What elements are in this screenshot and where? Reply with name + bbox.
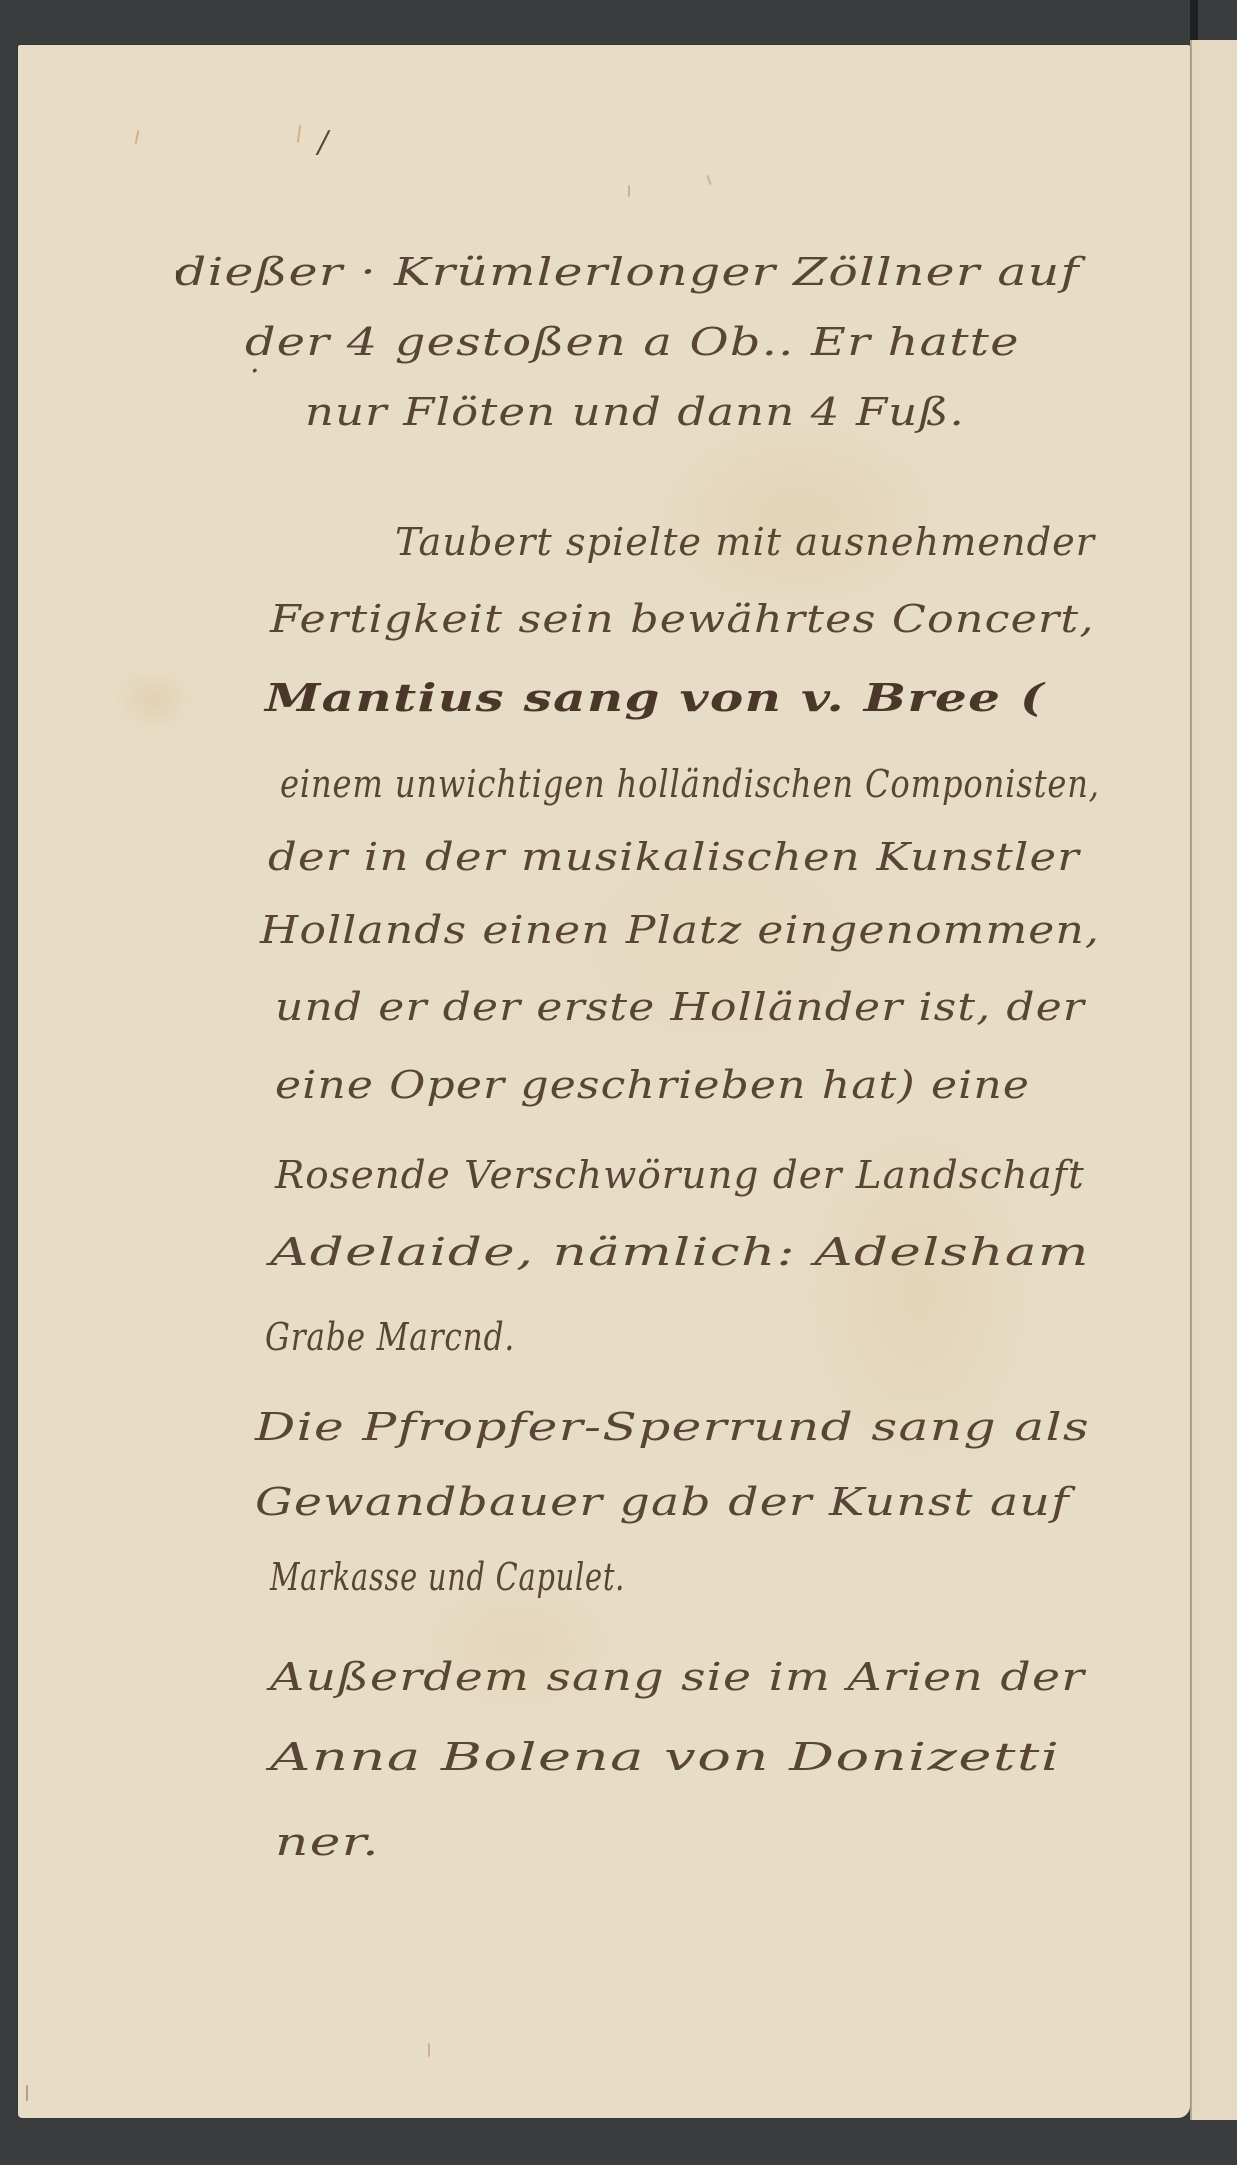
paper-fiber xyxy=(26,2085,28,2101)
manuscript-line: einem unwichtigen holländischen Componis… xyxy=(280,762,1100,806)
manuscript-line: der in der musikalischen Kunstler xyxy=(268,835,1080,879)
manuscript-line: Anna Bolena von Donizetti xyxy=(270,1735,1060,1779)
manuscript-line: nur Flöten und dann 4 Fuß. xyxy=(305,390,965,434)
book-spine xyxy=(1190,0,1198,45)
manuscript-line: eine Oper geschrieben hat) eine xyxy=(275,1063,1030,1107)
paper-fiber xyxy=(428,2043,430,2057)
manuscript-line: und er der erste Holländer ist, der xyxy=(275,985,1085,1029)
margin-mark: / xyxy=(318,125,328,160)
manuscript-line: Außerdem sang sie im Arien der xyxy=(270,1655,1085,1699)
manuscript-line: Adelaide, nämlich: Adelsham xyxy=(270,1230,1090,1274)
manuscript-line: Die Pfropfer-Sperrund sang als xyxy=(255,1405,1090,1449)
manuscript-line: der 4 gestoßen a Ob.. Er hatte xyxy=(245,320,1020,364)
manuscript-line: Rosende Verschwörung der Landschaft xyxy=(275,1153,1085,1197)
paper-fiber xyxy=(706,175,711,185)
manuscript-line: Markasse und Capulet. xyxy=(270,1555,625,1599)
manuscript-line: Gewandbauer gab der Kunst auf xyxy=(255,1480,1070,1524)
manuscript-line: Fertigkeit sein bewährtes Concert, xyxy=(270,597,1095,641)
adjacent-page-edge xyxy=(1190,40,1237,2120)
manuscript-line: dießer · Krümlerlonger Zöllner auf xyxy=(175,250,1080,294)
paper-fiber xyxy=(297,125,301,143)
paper-fiber xyxy=(628,185,630,197)
manuscript-line: Grabe Marcnd. xyxy=(265,1315,515,1359)
manuscript-line: Mantius sang von v. Bree ( xyxy=(265,675,1045,720)
manuscript-line: Hollands einen Platz eingenommen, xyxy=(260,908,1100,952)
manuscript-line: ner. xyxy=(275,1820,380,1864)
paper-fiber xyxy=(135,130,140,144)
manuscript-line: Taubert spielte mit ausnehmender xyxy=(395,520,1095,564)
